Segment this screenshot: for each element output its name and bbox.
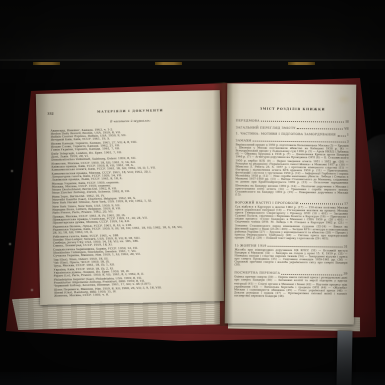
- toc-page-number: VII: [344, 126, 349, 130]
- book-gutter-shadow: [213, 82, 233, 326]
- dot-leader: [297, 128, 343, 129]
- periodicals-list: Авангард, Вінніпеґ, Канада. 1963, ч. 1-2…: [51, 126, 215, 298]
- contents-section: ПОСМЕРТНА ПЕРЕМОГА 39 Оцінка причин смер…: [234, 271, 347, 299]
- ribbon-bookmark: [337, 331, 353, 385]
- dust-speck: [100, 301, 102, 303]
- dust-speck: [31, 289, 33, 291]
- contents-section: ЗАМАХИ 3 Вирішальний процес в 1959 р. пі…: [235, 138, 349, 197]
- table-edge: [0, 372, 385, 385]
- right-page: ЗМІСТ РОЗДІЛІВ КНИЖКИ ПЕРЕДМОВА ІІІ ЗАГА…: [225, 83, 357, 324]
- toc-page-number: ІІІ: [345, 120, 349, 124]
- toc-page-number: 1: [347, 133, 349, 137]
- contents-section: 15 ЖОВТНЯ 1959 31 Жалоба при міжнародних…: [234, 243, 347, 268]
- contents-header: ЗМІСТ РОЗДІЛІВ КНИЖКИ: [236, 106, 349, 111]
- toc-label: 1. ЧАСТИНА: МОТИВИ І ПІДГОТОВА ЗАМОРДУВА…: [236, 132, 336, 137]
- open-book-photo: 332 МАТЕРІЯЛИ І ДОКУМЕНТИ В часописах й …: [0, 0, 385, 385]
- right-page-content: ЗМІСТ РОЗДІЛІВ КНИЖКИ ПЕРЕДМОВА ІІІ ЗАГА…: [225, 83, 357, 324]
- dust-speck: [9, 243, 11, 245]
- toc-label: ЗАГАЛЬНИЙ ПЕРЕГЛЯД ЗМІСТУ: [236, 125, 296, 130]
- section-summary: Жалоба при міжнародних дорученнях ЦК КПС…: [234, 248, 347, 268]
- piano-lid: [0, 0, 385, 59]
- contents-sections: ЗАМАХИ 3 Вирішальний процес в 1959 р. пі…: [234, 138, 349, 299]
- dot-leader: [261, 121, 344, 123]
- page-number: 332: [47, 112, 54, 116]
- toc-row: 1. ЧАСТИНА: МОТИВИ І ПІДГОТОВА ЗАМОРДУВА…: [236, 132, 349, 137]
- toc-row: ПЕРЕДМОВА ІІІ: [236, 118, 349, 123]
- brass-hinge: [288, 62, 315, 65]
- toc-label: ПЕРЕДМОВА: [236, 118, 260, 122]
- left-page: 332 МАТЕРІЯЛИ І ДОКУМЕНТИ В часописах й …: [36, 90, 224, 305]
- toc-row: ЗАГАЛЬНИЙ ПЕРЕГЛЯД ЗМІСТУ VII: [236, 125, 349, 130]
- left-page-content: 332 МАТЕРІЯЛИ І ДОКУМЕНТИ В часописах й …: [36, 90, 224, 305]
- section-subheader: В часописах й журналах:: [50, 117, 210, 124]
- running-header: МАТЕРІЯЛИ І ДОКУМЕНТИ: [50, 107, 210, 114]
- section-summary: Суд відбувся в Карлсруе в жовтні 1962 р.…: [235, 205, 348, 241]
- brass-hinge: [155, 62, 182, 65]
- toc-list: ПЕРЕДМОВА ІІІ ЗАГАЛЬНИЙ ПЕРЕГЛЯД ЗМІСТУ …: [236, 118, 349, 136]
- dot-leader: [337, 135, 345, 136]
- brass-hinge: [33, 62, 60, 65]
- section-summary: Вирішальний процес в 1959 р. підготовила…: [235, 143, 349, 197]
- dust-speck: [11, 170, 13, 172]
- contents-section: ВОРОЖИЙ НАСТУП І ПРОТОКОЛИ 17 Суд відбув…: [235, 200, 348, 241]
- section-summary: Оцінка причин смерти (39) — Перша хвиля …: [234, 276, 347, 299]
